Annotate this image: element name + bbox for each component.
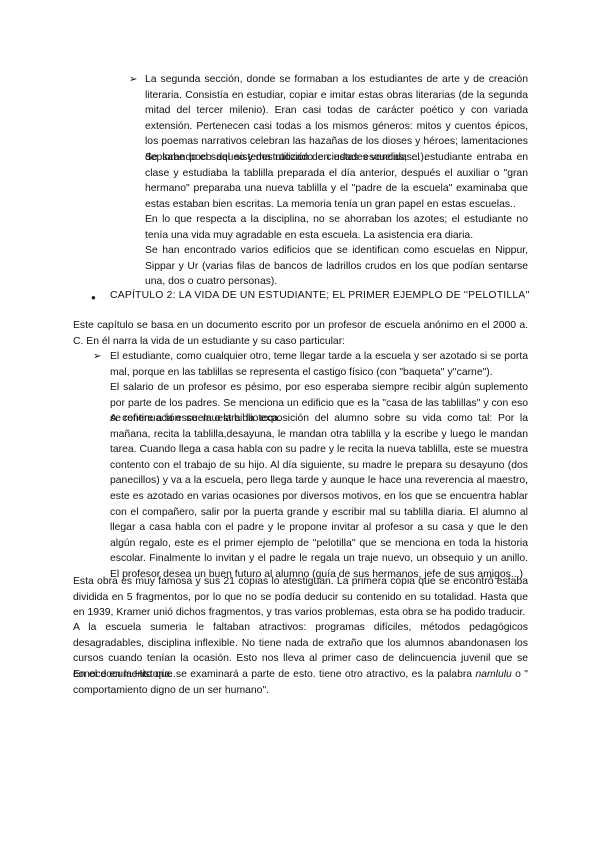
chapter-heading: CAPÍTULO 2: LA VIDA DE UN ESTUDIANTE; EL…	[110, 288, 530, 304]
document-page: ➢ La segunda sección, donde se formaban …	[0, 0, 600, 848]
namlulu-text-before: En el documento que se examinará a parte…	[73, 669, 475, 680]
namlulu-word: namlulu	[475, 669, 511, 680]
chapter-intro: Este capítulo se basa en un documento es…	[73, 318, 528, 349]
paragraph-discipline: En lo que respecta a la disciplina, no s…	[145, 212, 528, 243]
paragraph-school-system: Se sabe poco del sistema utilizado en es…	[145, 150, 528, 212]
arrow-bullet-icon: ➢	[129, 72, 137, 88]
arrow-bullet-icon: ➢	[93, 349, 101, 365]
paragraph-buildings: Se han encontrado varios edificios que s…	[145, 243, 528, 290]
bullet-icon: ●	[91, 290, 96, 306]
paragraph-student-fear: El estudiante, como cualquier otro, teme…	[110, 349, 528, 380]
paragraph-student-exposition: A continuación se muestra la exposición …	[110, 411, 528, 583]
paragraph-famous-work: Esta obra es muy famosa y sus 21 copias …	[73, 574, 528, 621]
paragraph-namlulu: En el documento que se examinará a parte…	[73, 667, 528, 698]
